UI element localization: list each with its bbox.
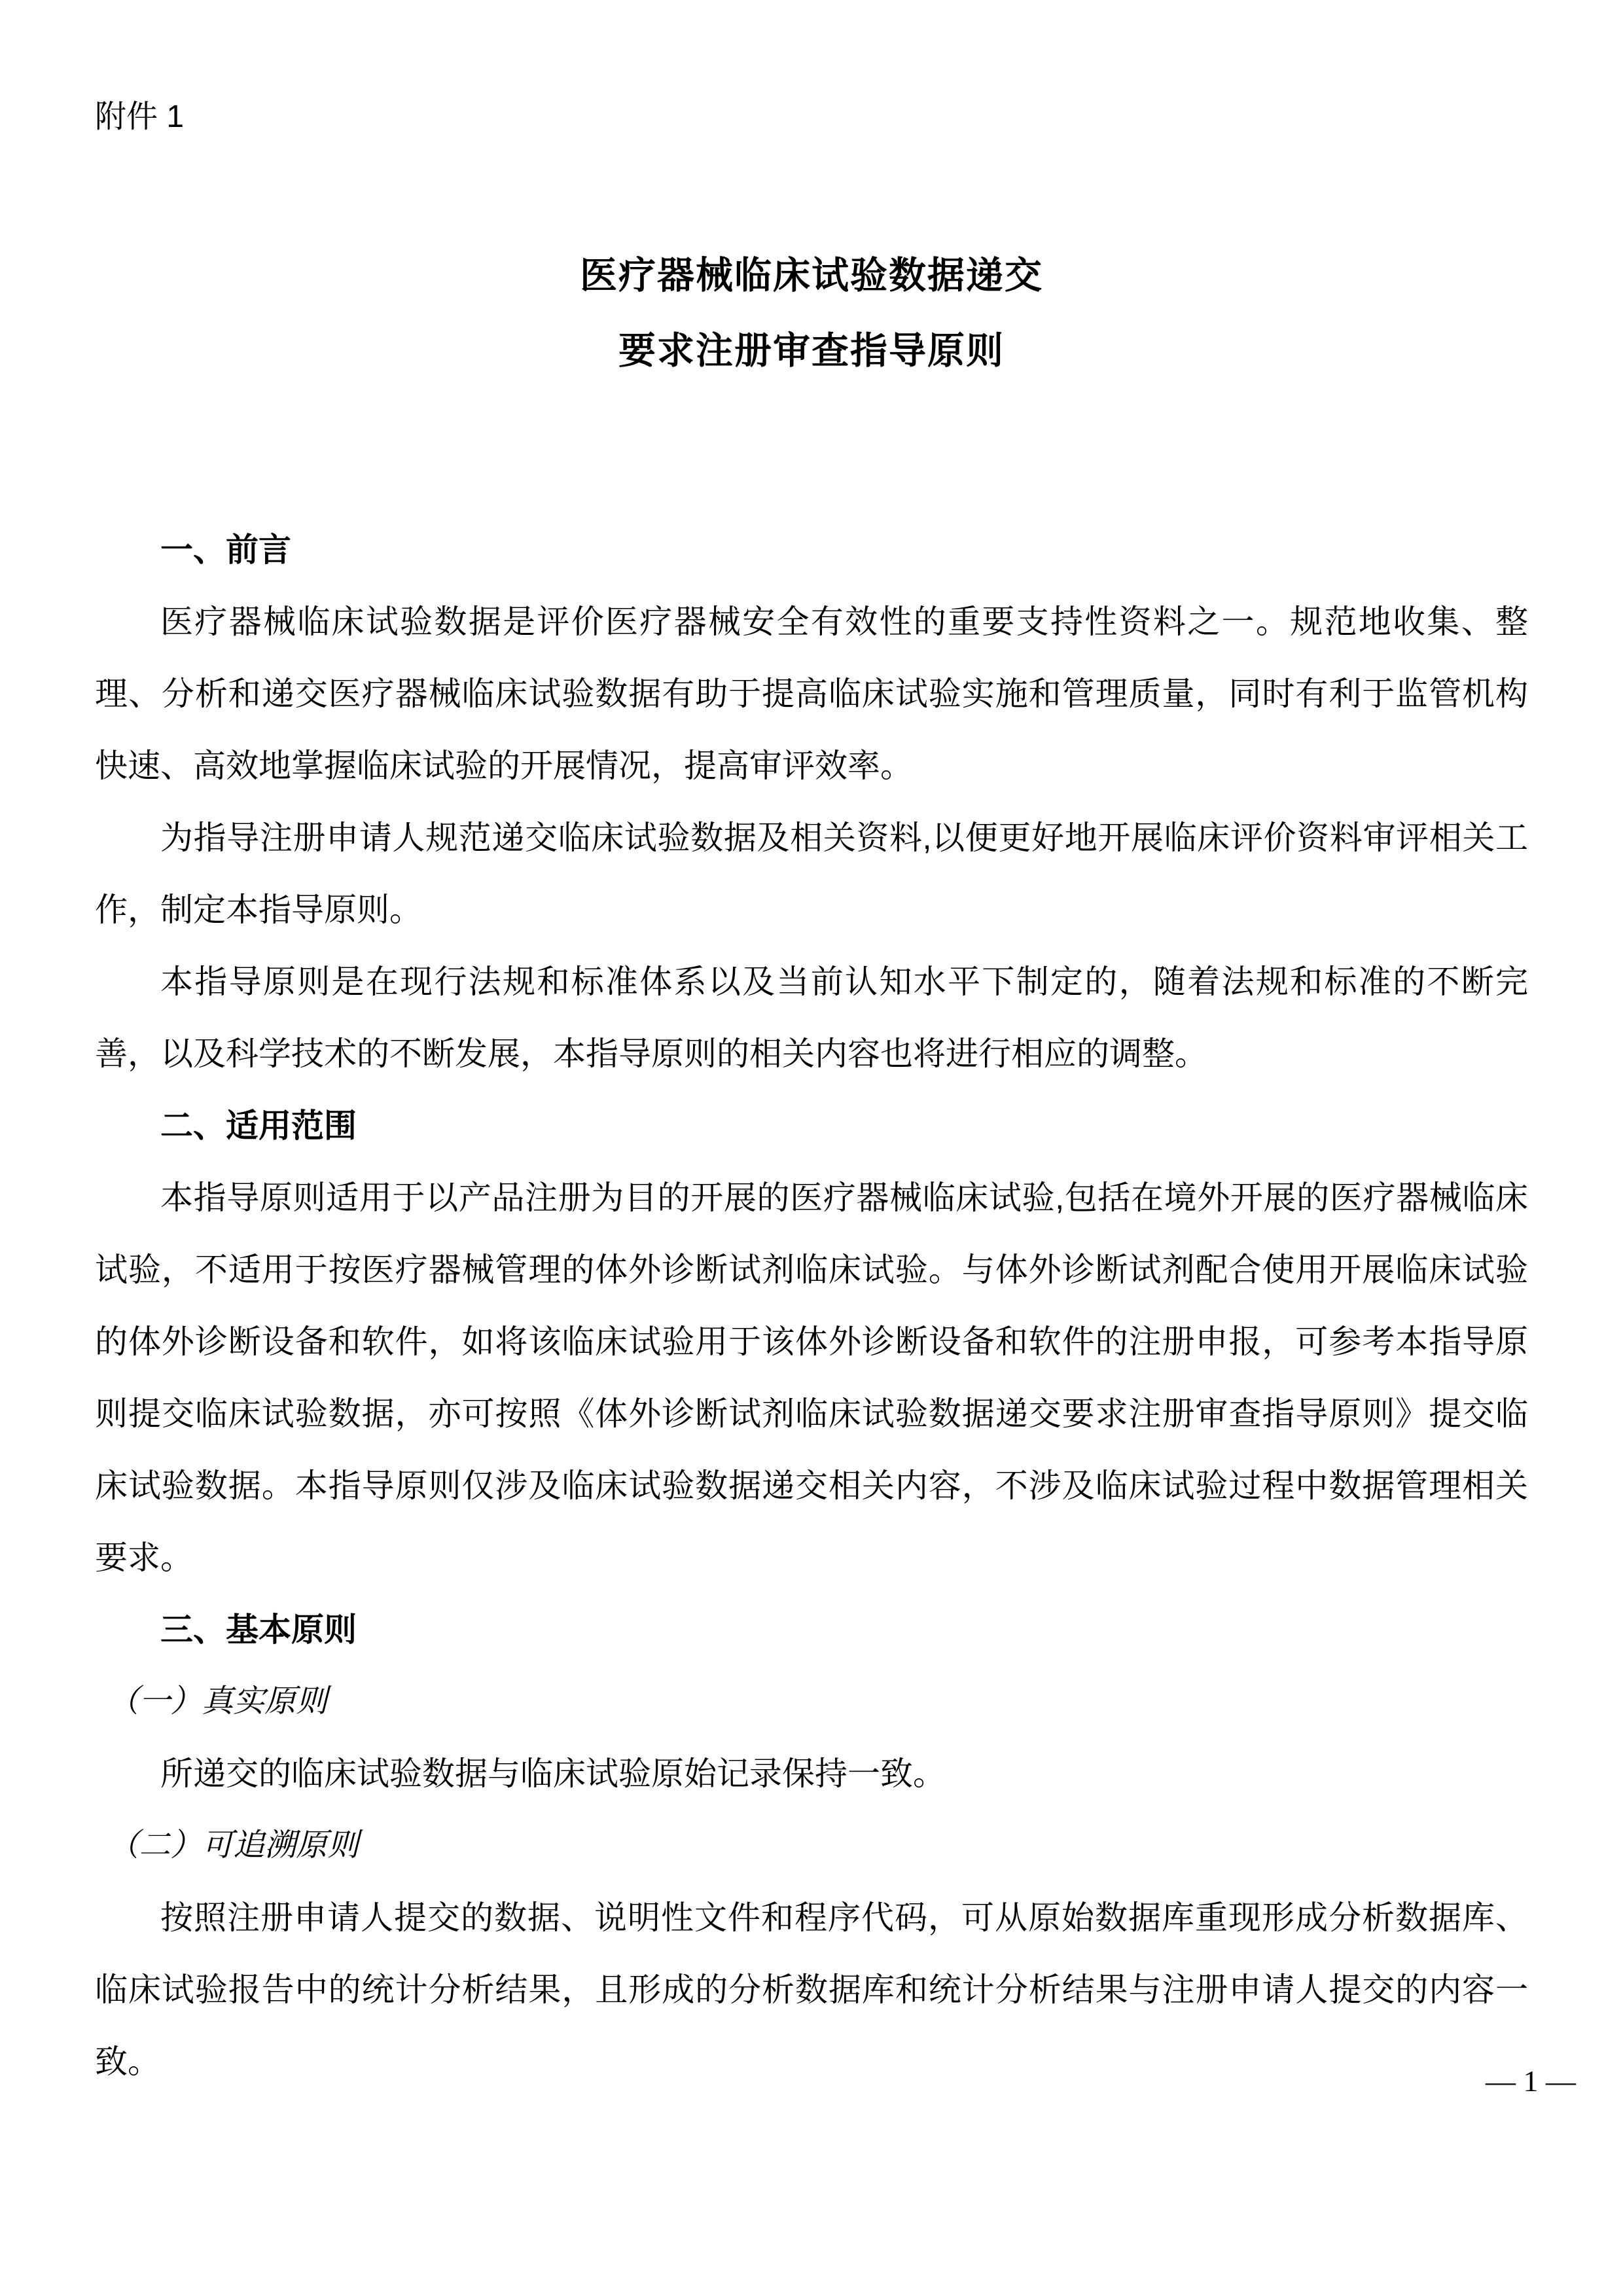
paragraph-scope-1: 本指导原则适用于以产品注册为目的开展的医疗器械临床试验,包括在境外开展的医疗器械… (95, 1162, 1528, 1594)
section-heading-preface: 一、前言 (95, 514, 1528, 586)
subsection-heading-traceability: （二）可追溯原则 (95, 1810, 1528, 1882)
document-title-line-2: 要求注册审查指导原则 (95, 332, 1528, 370)
page-number: — 1 — (1486, 2063, 1576, 2099)
paragraph-preface-3: 本指导原则是在现行法规和标准体系以及当前认知水平下制定的，随着法规和标准的不断完… (95, 946, 1528, 1090)
attachment-label: 附件 1 (95, 98, 1528, 136)
paragraph-traceability-1: 按照注册申请人提交的数据、说明性文件和程序代码，可从原始数据库重现形成分析数据库… (95, 1882, 1528, 2098)
paragraph-preface-2: 为指导注册申请人规范递交临床试验数据及相关资料,以便更好地开展临床评价资料审评相… (95, 802, 1528, 946)
document-title-line-1: 医疗器械临床试验数据递交 (95, 257, 1528, 295)
paragraph-preface-1: 医疗器械临床试验数据是评价医疗器械安全有效性的重要支持性资料之一。规范地收集、整… (95, 586, 1528, 802)
document-title: 医疗器械临床试验数据递交 要求注册审查指导原则 (95, 257, 1528, 370)
section-heading-scope: 二、适用范围 (95, 1090, 1528, 1162)
document-body: 一、前言 医疗器械临床试验数据是评价医疗器械安全有效性的重要支持性资料之一。规范… (95, 514, 1528, 2098)
document-page: 附件 1 医疗器械临床试验数据递交 要求注册审查指导原则 一、前言 医疗器械临床… (0, 0, 1623, 2296)
paragraph-authenticity-1: 所递交的临床试验数据与临床试验原始记录保持一致。 (95, 1738, 1528, 1810)
subsection-heading-authenticity: （一）真实原则 (95, 1666, 1528, 1738)
section-heading-basic-principles: 三、基本原则 (95, 1594, 1528, 1666)
